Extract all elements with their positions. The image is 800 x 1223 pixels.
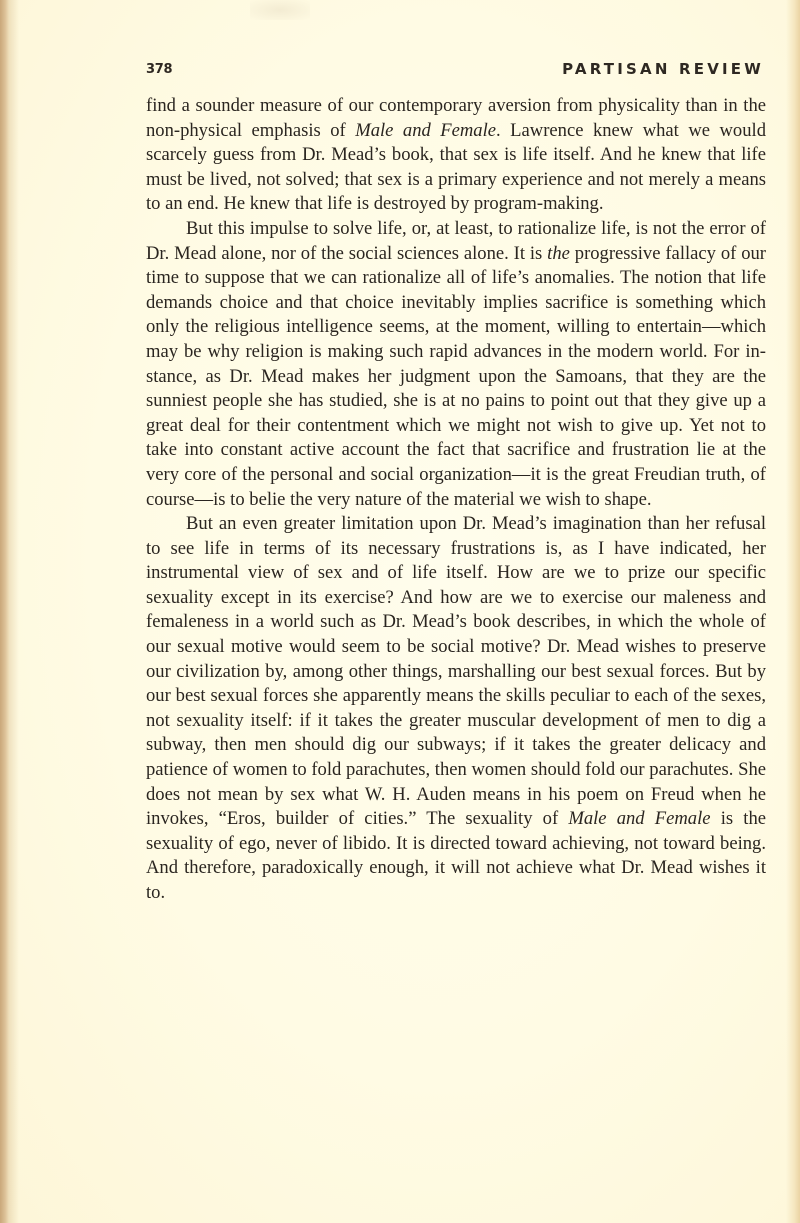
- page-number: 378: [146, 62, 172, 77]
- text-run: But an even greater limitation upon Dr. …: [146, 513, 766, 829]
- binding-shadow: [9, 0, 19, 1223]
- italic-title: Male and Female: [355, 120, 496, 141]
- text-run: progressive fallacy of our time to suppo…: [146, 243, 766, 510]
- running-head: PARTISAN REVIEW: [562, 60, 764, 78]
- page-header: 378 PARTISAN REVIEW: [146, 58, 764, 82]
- page-right-edge: [786, 0, 800, 1223]
- paragraph: find a sounder measure of our contempora…: [146, 94, 766, 217]
- italic-title: Male and Female: [568, 808, 710, 829]
- paragraph: But an even greater limitation upon Dr. …: [146, 512, 766, 906]
- body-text: find a sounder measure of our contempora…: [146, 94, 766, 906]
- paragraph: But this impulse to solve life, or, at l…: [146, 217, 766, 512]
- page-binding-edge: [0, 0, 9, 1223]
- book-page: 378 PARTISAN REVIEW find a sounder measu…: [0, 0, 800, 1223]
- paper-smudge: [250, 0, 310, 20]
- italic-title: the: [547, 243, 570, 264]
